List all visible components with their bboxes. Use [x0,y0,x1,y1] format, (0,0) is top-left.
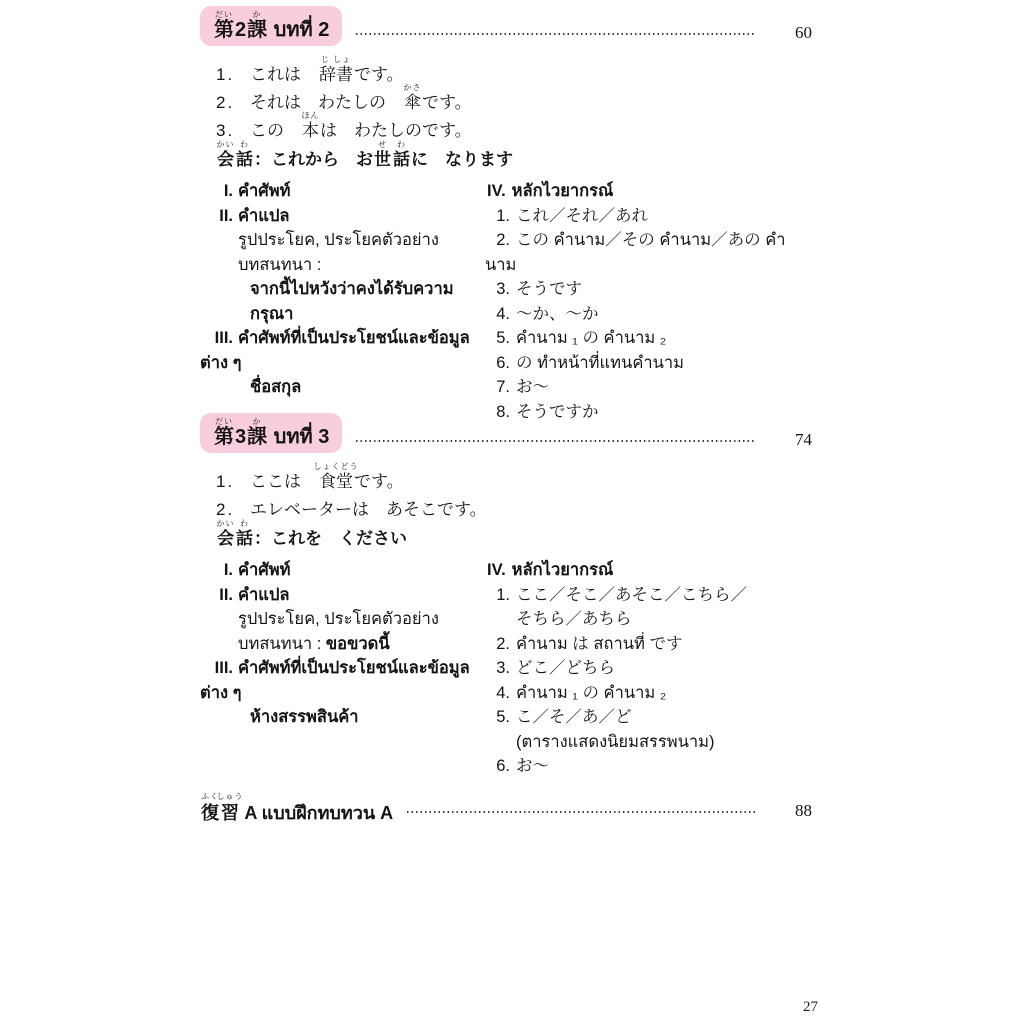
toc-row-lesson-2: 第だい2課か บทที่ 2 60 [200,6,812,46]
section-heading: III.คำศัพท์ที่เป็นประโยชน์และข้อมูลต่าง … [200,326,485,375]
grammar-text: そうです [516,280,582,298]
grammar-number: 1. [485,583,510,608]
grammar-text: こ／そ／あ／ど [516,708,632,726]
section-heading: IV.หลักไวยากรณ์ [485,558,812,583]
grammar-item: 2.この คำนาม／その คำนาม／あの คำนาม [485,228,812,277]
section-heading: III.คำศัพท์ที่เป็นประโยชน์และข้อมูลต่าง … [200,656,485,705]
kaiwa-line: 会かい話わ：これから お世せ話わに なります [216,142,812,170]
grammar-number: 2. [485,228,510,253]
section-title: คำศัพท์ [238,561,291,579]
sentence-number: 1. [216,65,238,85]
grammar-text: これ／それ／あれ [516,207,648,225]
section-title: คำแปล [238,207,290,225]
dialog-title: จากนี้ไปหวังว่าคงได้รับความกรุณา [250,277,485,326]
grammar-item: そちら／あちら [485,607,812,632]
grammar-item: 6.お～ [485,754,812,779]
dotted-leader [407,811,756,813]
toc-page-number: 88 [766,801,812,824]
outline-columns: I.คำศัพท์ II.คำแปล รูปประโยค, ประโยคตัวอ… [200,179,812,424]
grammar-item: 5.こ／そ／あ／ど [485,705,812,730]
page-number: 27 [788,999,818,1016]
section-heading: IV.หลักไวยากรณ์ [485,179,812,204]
grammar-item: 3.そうです [485,277,812,302]
section-label: IV. [487,561,506,579]
grammar-item: 1.ここ／そこ／あそこ／こちら／ [485,583,812,608]
sentence-text: ここは 食堂しょくどうです。 [250,472,404,491]
section-title: หลักไวยากรณ์ [512,561,614,579]
outline-left-column: I.คำศัพท์ II.คำแปล รูปประโยค, ประโยคตัวอ… [200,179,485,424]
section-label: II. [200,204,233,229]
grammar-item: 4.คำนาม ₁ の คำนาม ₂ [485,681,812,706]
outline-right-column: IV.หลักไวยากรณ์ 1.ここ／そこ／あそこ／こちら／ そちら／あちら… [485,558,812,779]
toc-row-lesson-3: 第だい3課か บทที่ 3 74 [200,413,812,453]
section-title: คำแปล [238,586,290,604]
section-title: คำศัพท์ [238,182,291,200]
section-heading: I.คำศัพท์ [200,558,485,583]
outline-columns: I.คำศัพท์ II.คำแปล รูปประโยค, ประโยคตัวอ… [200,558,812,779]
outline-right-column: IV.หลักไวยากรณ์ 1.これ／それ／あれ 2.この คำนาม／その… [485,179,812,424]
grammar-number: 2. [485,632,510,657]
grammar-number: 5. [485,705,510,730]
sentence-text: それは わたしの 傘かさです。 [250,93,472,112]
kaiwa-line: 会かい話わ：これを ください [216,521,812,549]
section-subline: รูปประโยค, ประโยคตัวอย่าง [238,607,485,632]
grammar-text: ～か、～か [516,305,599,323]
sentence-text: エレベーターは あそこです。 [250,500,487,519]
grammar-text: คำนาม は สถานที่ です [516,635,682,653]
example-sentence: 1.これは 辞書じ しょです。 [216,58,812,85]
grammar-number: 1. [485,204,510,229]
example-sentence: 2.エレベーターは あそこです。 [216,493,812,520]
grammar-number: 3. [485,656,510,681]
section-label: I. [200,179,233,204]
example-sentences: 1.これは 辞書じ しょです。 2.それは わたしの 傘かさです。 3.この 本… [216,58,812,141]
section-label: II. [200,583,233,608]
lesson-3-badge: 第だい3課か บทที่ 3 [200,413,342,453]
dialog-title: ขอขวดนี้ [326,635,390,653]
section-label: III. [200,326,233,351]
sentence-text: これは 辞書じ しょです。 [250,65,404,84]
section-subtopic: ชื่อสกุล [250,375,485,400]
sentence-number: 2. [216,93,238,113]
grammar-text: どこ／どちら [516,659,615,677]
toc-page-number: 74 [766,430,812,453]
sentence-number: 1. [216,472,238,492]
lesson-2-entry: 第だい2課か บทที่ 2 60 1.これは 辞書じ しょです。 2.それは … [200,6,812,424]
sentence-text: この 本ほんは わたしのです。 [250,121,472,140]
dialog-label: บทสนทนา : [238,635,321,653]
section-subline: บทสนทนา : ขอขวดนี้ [238,632,485,657]
grammar-text: คำนาม ₁ の คำนาม ₂ [516,684,666,702]
grammar-number: 6. [485,351,510,376]
section-title: คำศัพท์ที่เป็นประโยชน์และข้อมูลต่าง ๆ [200,659,470,702]
grammar-text: そちら／あちら [516,610,632,628]
section-subtopic: ห้างสรรพสินค้า [250,705,485,730]
grammar-number: 5. [485,326,510,351]
grammar-number: 7. [485,375,510,400]
grammar-number: 3. [485,277,510,302]
grammar-item: 2.คำนาม は สถานที่ です [485,632,812,657]
section-label: I. [200,558,233,583]
grammar-number: 6. [485,754,510,779]
sentence-number: 3. [216,121,238,141]
grammar-text: お～ [516,757,549,775]
grammar-text: ここ／そこ／あそこ／こちら／ [516,586,747,604]
toc-page-number: 60 [766,23,812,46]
section-title: คำศัพท์ที่เป็นประโยชน์และข้อมูลต่าง ๆ [200,329,470,372]
outline-left-column: I.คำศัพท์ II.คำแปล รูปประโยค, ประโยคตัวอ… [200,558,485,779]
section-label: III. [200,656,233,681]
section-title: หลักไวยากรณ์ [512,182,614,200]
grammar-text: の ทำหน้าที่แทนคำนาม [516,354,684,372]
section-heading: II.คำแปล [200,204,485,229]
grammar-text: (ตารางแสดงนิยมสรรพนาม) [516,733,715,751]
grammar-number: 4. [485,681,510,706]
section-label: IV. [487,182,506,200]
example-sentence: 1.ここは 食堂しょくどうです。 [216,465,812,492]
section-heading: I.คำศัพท์ [200,179,485,204]
section-heading: II.คำแปล [200,583,485,608]
grammar-item: 1.これ／それ／あれ [485,204,812,229]
example-sentences: 1.ここは 食堂しょくどうです。 2.エレベーターは あそこです。 [216,465,812,520]
section-subline: บทสนทนา : [238,253,485,278]
grammar-item: 5.คำนาม ₁ の คำนาม ₂ [485,326,812,351]
example-sentence: 2.それは わたしの 傘かさです。 [216,86,812,113]
dotted-leader [356,440,756,442]
grammar-item: 7.お～ [485,375,812,400]
grammar-item: 3.どこ／どちら [485,656,812,681]
review-a-title: 復ふく習しゅう A แบบฝึกทบทวน A [200,792,393,824]
grammar-text: この คำนาม／その คำนาม／あの คำนาม [485,231,786,274]
grammar-item: (ตารางแสดงนิยมสรรพนาม) [485,730,812,755]
sentence-number: 2. [216,500,238,520]
grammar-number: 4. [485,302,510,327]
dotted-leader [356,33,756,35]
grammar-item: 6.の ทำหน้าที่แทนคำนาม [485,351,812,376]
lesson-2-badge: 第だい2課か บทที่ 2 [200,6,342,46]
grammar-text: お～ [516,378,549,396]
grammar-item: 4.～か、～か [485,302,812,327]
section-subline: รูปประโยค, ประโยคตัวอย่าง [238,228,485,253]
lesson-3-entry: 第だい3課か บทที่ 3 74 1.ここは 食堂しょくどうです。 2.エレベ… [200,413,812,779]
example-sentence: 3.この 本ほんは わたしのです。 [216,114,812,141]
grammar-text: คำนาม ₁ の คำนาม ₂ [516,329,666,347]
review-a-entry: 復ふく習しゅう A แบบฝึกทบทวน A 88 [200,792,812,824]
